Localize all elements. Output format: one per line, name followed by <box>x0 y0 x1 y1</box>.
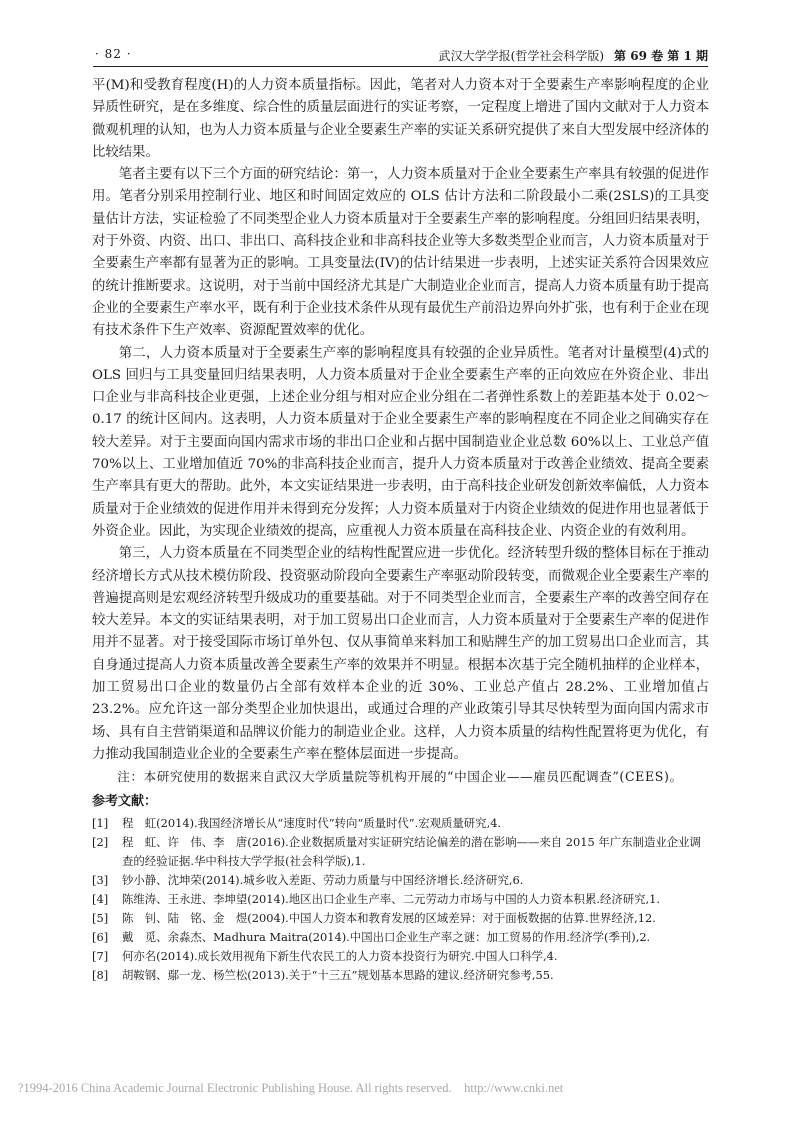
reference-text: 陈 钊、陆 铭、金 煜(2004).中国人力资本和教育发展的区域差异：对于面板数… <box>122 909 709 928</box>
journal-info: 武汉大学学报(哲学社会科学版)第 69 卷 第 1 期 <box>439 47 708 64</box>
reference-index: [7] <box>92 947 122 966</box>
reference-item: [5] 陈 钊、陆 铭、金 煜(2004).中国人力资本和教育发展的区域差异：对… <box>92 909 709 928</box>
references-section: 参考文献： [1] 程 虹(2014).我国经济增长从“速度时代”转向“质量时代… <box>92 792 709 985</box>
reference-item: [8] 胡鞍钢、鄢一龙、杨竺松(2013).关于“十三五”规划基本思路的建议.经… <box>92 966 709 985</box>
page-header: · 82 · 武汉大学学报(哲学社会科学版)第 69 卷 第 1 期 <box>93 44 708 67</box>
reference-item: [7] 何亦名(2014).成长效用视角下新生代农民工的人力资本投资行为研究.中… <box>92 947 709 966</box>
reference-item: [1] 程 虹(2014).我国经济增长从“速度时代”转向“质量时代”.宏观质量… <box>92 814 709 833</box>
reference-item: [2] 程 虹、许 伟、李 唐(2016).企业数据质量对实证研究结论偏差的潜在… <box>92 833 709 871</box>
article-body: 平(M)和受教育程度(H)的人力资本质量指标。因此，笔者对人力资本对于全要素生产… <box>92 75 709 789</box>
reference-item: [6] 戴 觅、余淼杰、Madhura Maitra(2014).中国出口企业生… <box>92 928 709 947</box>
reference-index: [1] <box>92 814 122 833</box>
reference-text: 程 虹(2014).我国经济增长从“速度时代”转向“质量时代”.宏观质量研究,4… <box>122 814 709 833</box>
copyright-footer: ?1994-2016 China Academic Journal Electr… <box>18 1081 563 1096</box>
reference-index: [2] <box>92 833 122 871</box>
references-title: 参考文献： <box>92 792 709 811</box>
reference-text: 何亦名(2014).成长效用视角下新生代农民工的人力资本投资行为研究.中国人口科… <box>122 947 709 966</box>
journal-title: 武汉大学学报(哲学社会科学版) <box>439 49 604 63</box>
reference-index: [3] <box>92 871 122 890</box>
reference-index: [8] <box>92 966 122 985</box>
volume-issue: 第 69 卷 第 1 期 <box>614 49 708 63</box>
reference-text: 戴 觅、余淼杰、Madhura Maitra(2014).中国出口企业生产率之谜… <box>122 928 709 947</box>
reference-text: 胡鞍钢、鄢一龙、杨竺松(2013).关于“十三五”规划基本思路的建议.经济研究参… <box>122 966 709 985</box>
reference-index: [6] <box>92 928 122 947</box>
data-source-note: 注：本研究使用的数据来自武汉大学质量院等机构开展的“中国企业——雇员匹配调查”(… <box>92 766 709 788</box>
reference-index: [4] <box>92 890 122 909</box>
paragraph-conclusion-1: 笔者主要有以下三个方面的研究结论：第一，人力资本质量对于企业全要素生产率具有较强… <box>92 164 709 342</box>
reference-index: [5] <box>92 909 122 928</box>
paragraph-conclusion-3: 第三，人力资本质量在不同类型企业的结构性配置应进一步优化。经济转型升级的整体目标… <box>92 543 709 766</box>
paragraph-continuation: 平(M)和受教育程度(H)的人力资本质量指标。因此，笔者对人力资本对于全要素生产… <box>92 75 709 164</box>
paragraph-conclusion-2: 第二，人力资本质量对于全要素生产率的影响程度具有较强的企业异质性。笔者对计量模型… <box>92 343 709 544</box>
reference-item: [4] 陈维涛、王永进、李坤望(2014).地区出口企业生产率、二元劳动力市场与… <box>92 890 709 909</box>
reference-text: 陈维涛、王永进、李坤望(2014).地区出口企业生产率、二元劳动力市场与中国的人… <box>122 890 709 909</box>
page-number: · 82 · <box>95 47 132 61</box>
reference-text: 程 虹、许 伟、李 唐(2016).企业数据质量对实证研究结论偏差的潜在影响——… <box>122 833 709 871</box>
reference-text: 钞小静、沈坤荣(2014).城乡收入差距、劳动力质量与中国经济增长.经济研究,6… <box>122 871 709 890</box>
reference-item: [3] 钞小静、沈坤荣(2014).城乡收入差距、劳动力质量与中国经济增长.经济… <box>92 871 709 890</box>
